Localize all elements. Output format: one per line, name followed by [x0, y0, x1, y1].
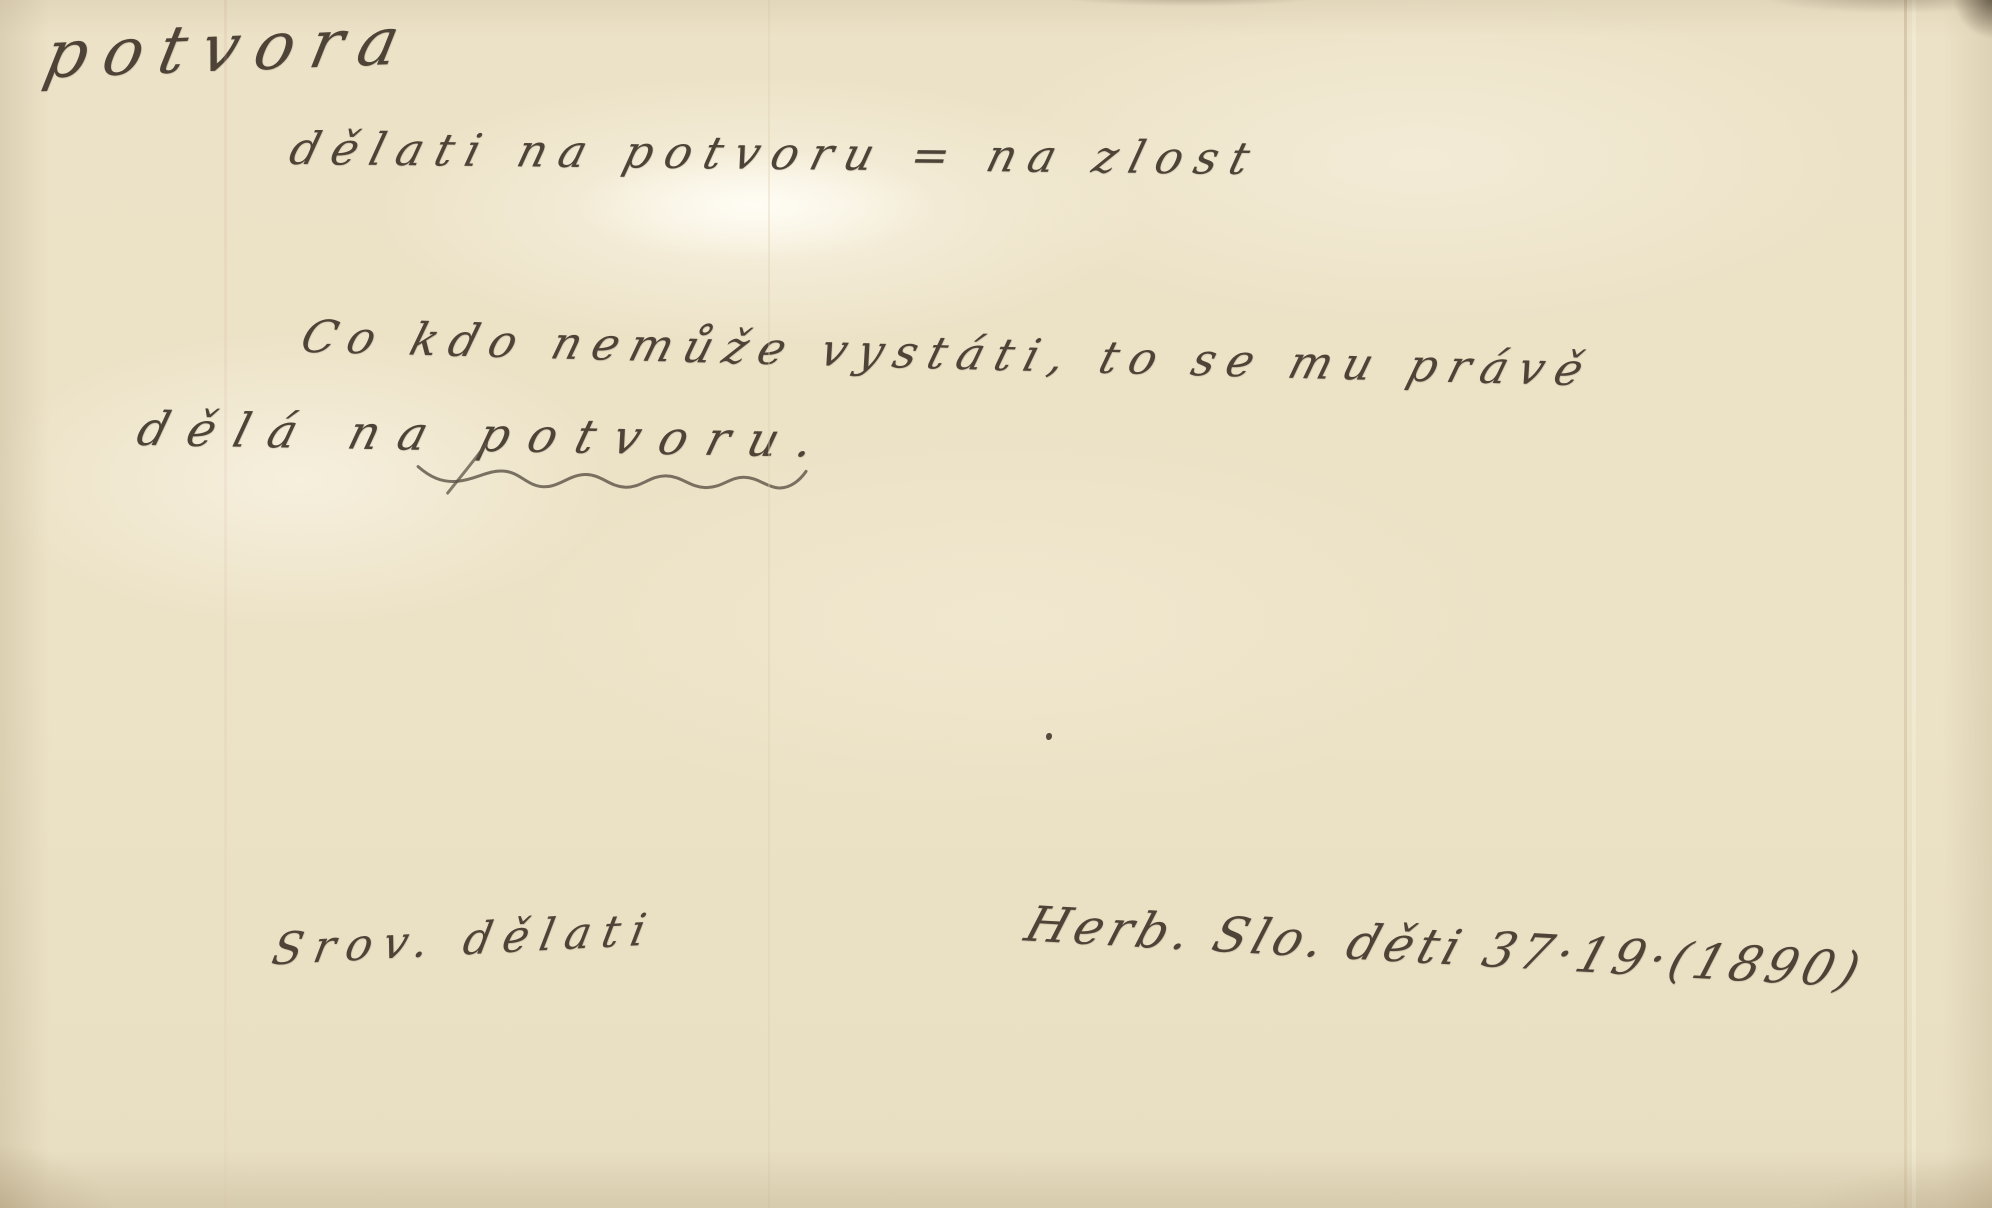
paper-streak: [768, 0, 770, 1208]
headword: potvora: [38, 2, 422, 94]
paper-crease-highlight: [1912, 0, 1916, 1208]
paper-crease: [1904, 0, 1907, 1208]
source-citation: Herb. Slo. děti 37·19·(1890): [1019, 896, 1872, 999]
wavy-underline: [414, 441, 815, 506]
excerpt-slip: potvora dělati na potvoru = na zlost Co …: [0, 0, 1992, 1208]
cross-reference: Srov. dělati: [268, 904, 661, 976]
quotation-line-1: Co kdo nemůže vystáti, to se mu právě: [295, 310, 1600, 396]
ink-speck: [1046, 733, 1052, 740]
definition-line: dělati na potvoru = na zlost: [284, 122, 1267, 185]
paper-streak: [224, 0, 227, 1208]
